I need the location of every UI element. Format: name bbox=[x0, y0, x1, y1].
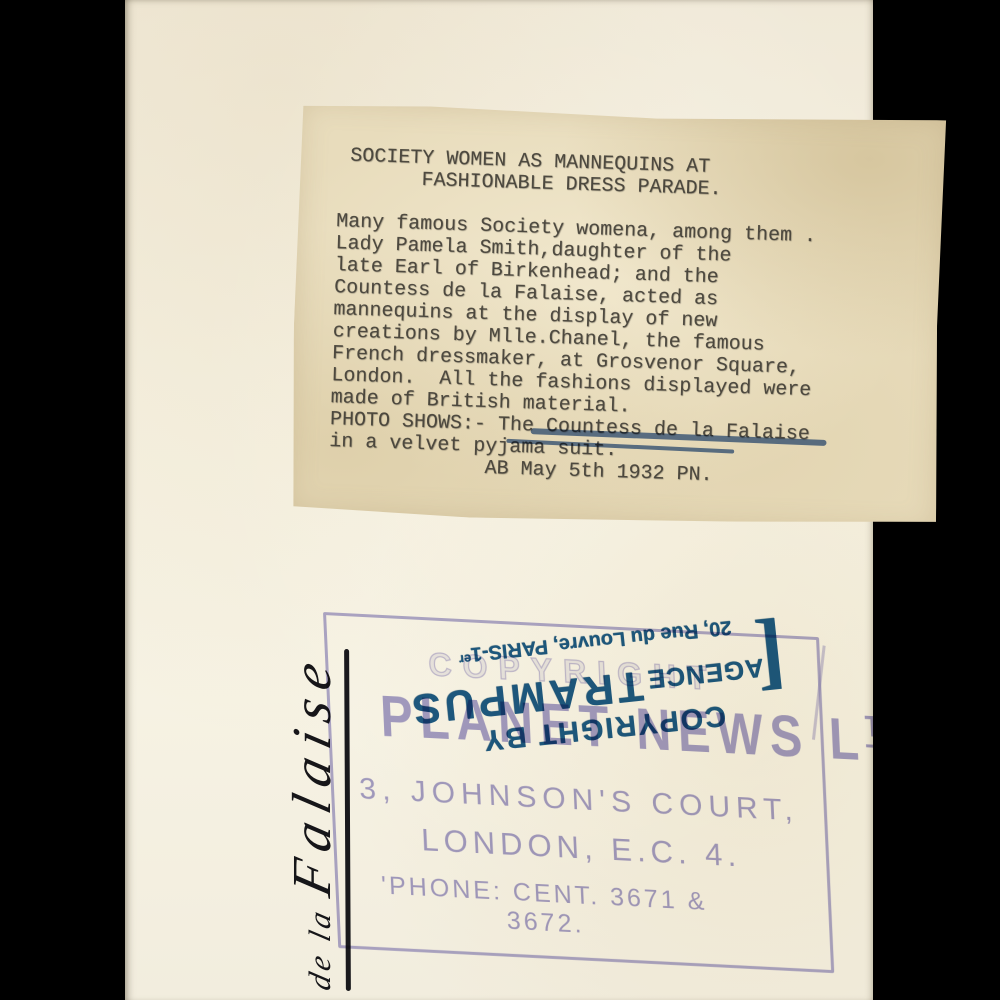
handwritten-name: Falaise bbox=[281, 645, 342, 902]
planet-stamp-city: LONDON, E.C. 4. bbox=[335, 818, 827, 879]
ink-flourish-line bbox=[344, 649, 351, 991]
photo-paper: SOCIETY WOMEN AS MANNEQUINS AT FASHIONAB… bbox=[125, 0, 873, 1000]
handwritten-prefix: de la bbox=[302, 892, 337, 994]
trampus-stamp-address-sup: er bbox=[458, 651, 472, 667]
handwritten-text: de la Falaise bbox=[280, 619, 343, 995]
handwritten-annotation: de la Falaise bbox=[275, 635, 353, 995]
planet-stamp-name-sup: TD bbox=[864, 710, 903, 749]
caption-label: SOCIETY WOMEN AS MANNEQUINS AT FASHIONAB… bbox=[288, 100, 949, 532]
planet-stamp-phone: 'PHONE: CENT. 3671 & 3672. bbox=[338, 869, 831, 952]
press-photo-back: { "scene": { "background_color": "#00000… bbox=[0, 0, 1000, 1000]
trampus-stamp-agence: AGENCE bbox=[646, 653, 766, 695]
